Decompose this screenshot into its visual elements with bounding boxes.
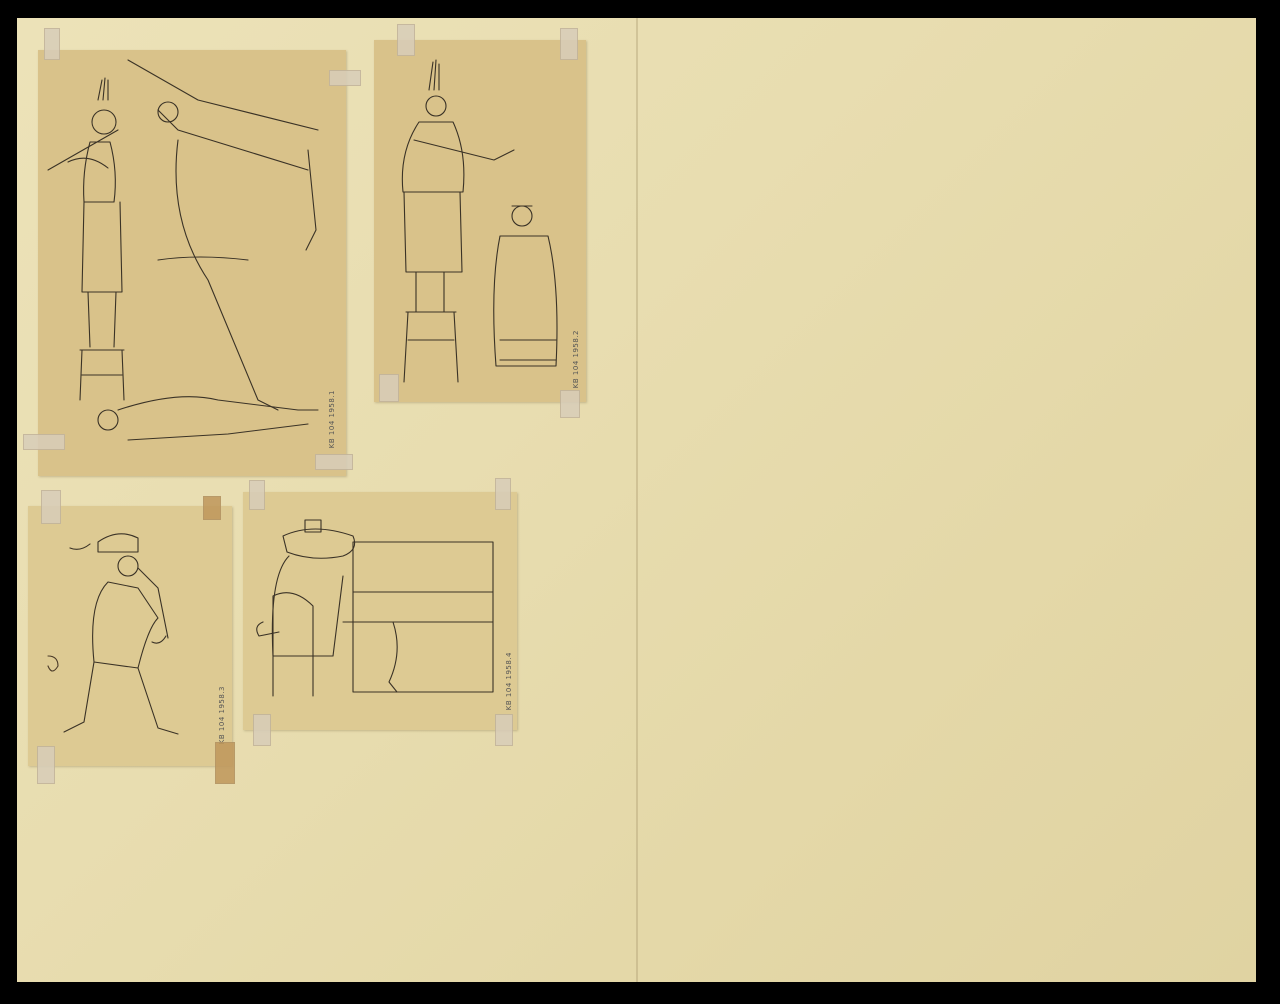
tape <box>215 742 235 784</box>
page-fold <box>636 18 638 982</box>
inventory-label: KB 104 1958.1 <box>328 390 336 448</box>
tape <box>397 24 415 56</box>
tape <box>44 28 60 60</box>
drawing-clarinet-clown: KB 104 1958.3 <box>28 506 232 766</box>
tape <box>495 714 513 746</box>
album-page: KB 104 1958.1 KB 104 1958.2 <box>17 18 1256 982</box>
tape <box>249 480 265 510</box>
tape <box>203 496 221 520</box>
inventory-label: KB 104 1958.3 <box>218 686 226 744</box>
drawing-violinist-clown: KB 104 1958.2 <box>374 40 586 402</box>
tape <box>379 374 399 402</box>
tape <box>495 478 511 510</box>
violinist-clown-sketch <box>374 40 586 402</box>
inventory-label: KB 104 1958.4 <box>505 652 513 710</box>
inventory-label: KB 104 1958.2 <box>572 330 580 388</box>
drawing-acrobats: KB 104 1958.1 <box>38 50 346 476</box>
tape <box>560 28 578 60</box>
tape <box>37 746 55 784</box>
tape <box>253 714 271 746</box>
tape <box>329 70 361 86</box>
piano-clown-sketch <box>243 492 517 730</box>
tape <box>315 454 353 470</box>
acrobats-sketch <box>38 50 346 476</box>
tape <box>41 490 61 524</box>
clarinet-clown-sketch <box>28 506 232 766</box>
drawing-piano-clown: KB 104 1958.4 <box>243 492 517 730</box>
tape <box>560 390 580 418</box>
tape <box>23 434 65 450</box>
